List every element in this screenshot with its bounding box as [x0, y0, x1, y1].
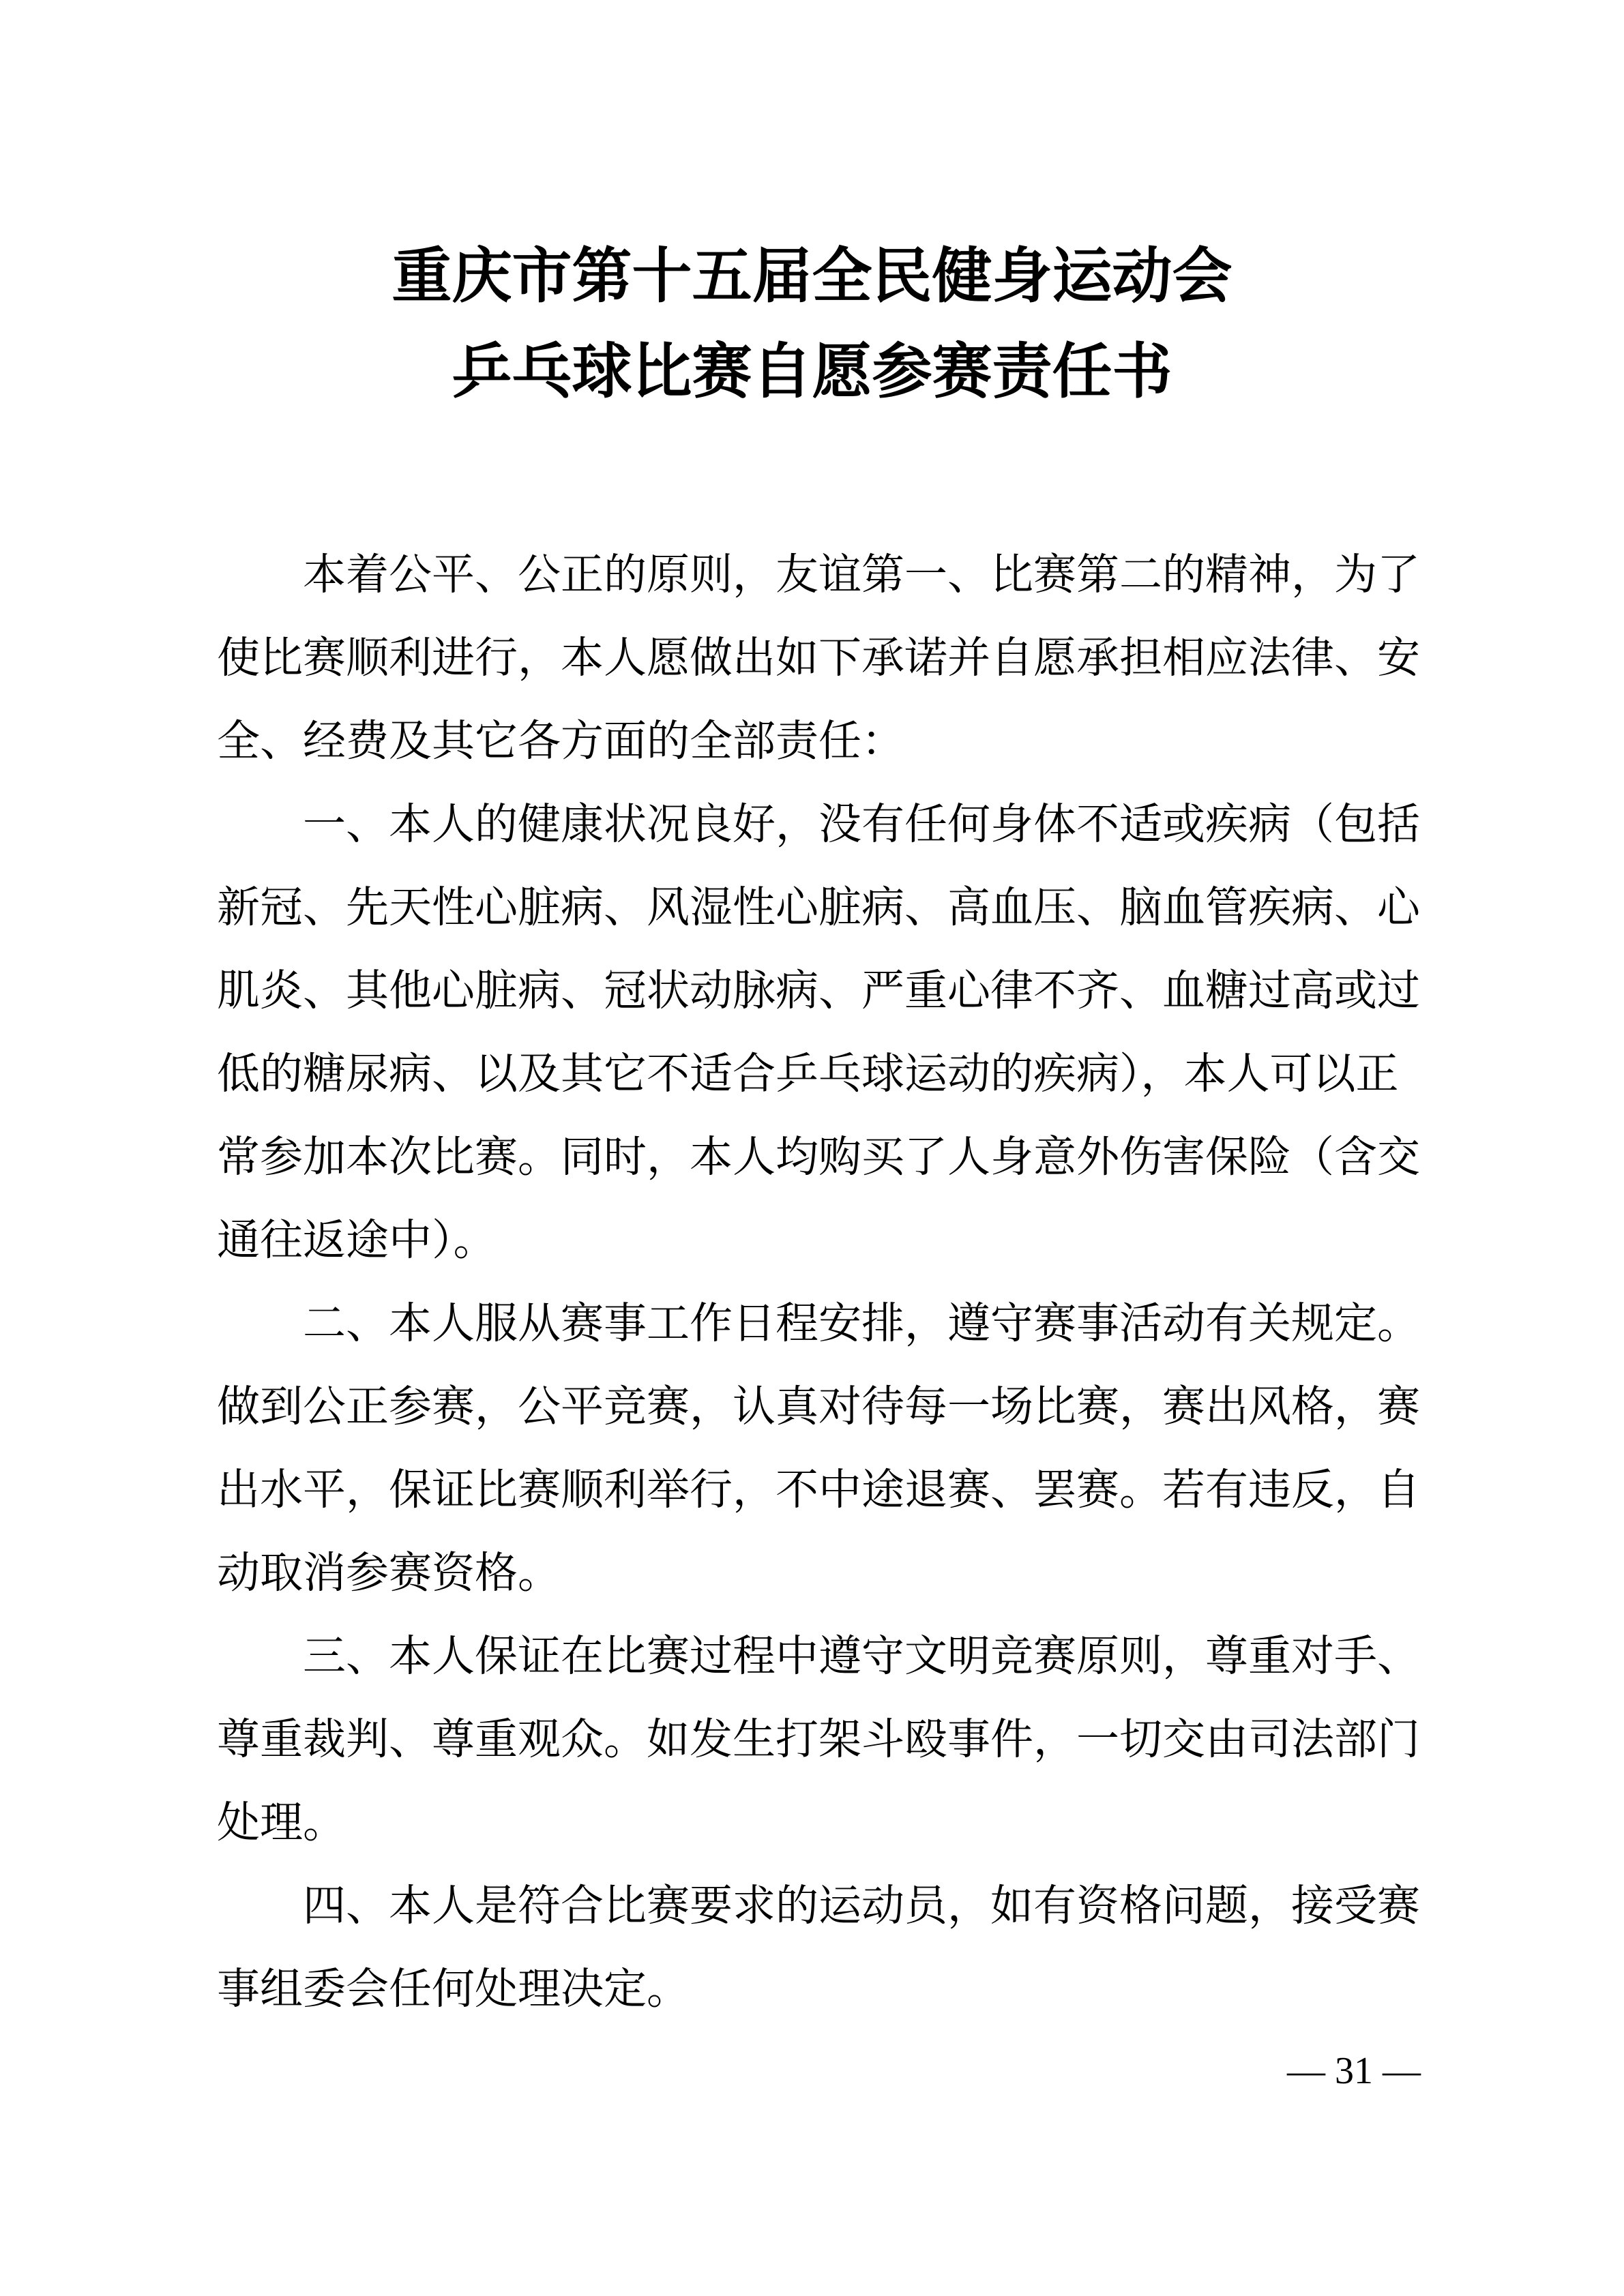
paragraph-5-line-2: 事组委会任何处理决定。	[217, 1948, 1426, 2031]
paragraph-3-line-1: 二、本人服从赛事工作日程安排，遵守赛事活动有关规定。	[217, 1282, 1426, 1365]
title-line-1: 重庆市第十五届全民健身运动会	[0, 230, 1624, 325]
title-line-2: 乒乓球比赛自愿参赛责任书	[0, 325, 1624, 421]
paragraph-1-line-1: 本着公平、公正的原则，友谊第一、比赛第二的精神，为了	[217, 533, 1426, 616]
paragraph-5-line-1: 四、本人是符合比赛要求的运动员，如有资格问题，接受赛	[217, 1864, 1426, 1948]
document-title: 重庆市第十五届全民健身运动会 乒乓球比赛自愿参赛责任书	[0, 230, 1624, 421]
paragraph-2-line-5: 常参加本次比赛。同时，本人均购买了人身意外伤害保险（含交	[217, 1116, 1426, 1199]
paragraph-2-line-4: 低的糖尿病、以及其它不适合乒乓球运动的疾病），本人可以正	[217, 1032, 1426, 1116]
page-number: — 31 —	[1287, 2046, 1421, 2096]
paragraph-1-line-3: 全、经费及其它各方面的全部责任：	[217, 700, 1426, 783]
paragraph-4-line-3: 处理。	[217, 1781, 1426, 1864]
paragraph-2-line-3: 肌炎、其他心脏病、冠状动脉病、严重心律不齐、血糖过高或过	[217, 949, 1426, 1032]
paragraph-3-line-2: 做到公正参赛，公平竞赛，认真对待每一场比赛，赛出风格，赛	[217, 1365, 1426, 1448]
paragraph-3-line-3: 出水平，保证比赛顺利举行，不中途退赛、罢赛。若有违反，自	[217, 1448, 1426, 1532]
paragraph-4-line-1: 三、本人保证在比赛过程中遵守文明竞赛原则，尊重对手、	[217, 1615, 1426, 1698]
paragraph-1-line-2: 使比赛顺利进行，本人愿做出如下承诺并自愿承担相应法律、安	[217, 616, 1426, 700]
paragraph-2-line-6: 通往返途中）。	[217, 1199, 1426, 1282]
paragraph-4-line-2: 尊重裁判、尊重观众。如发生打架斗殴事件，一切交由司法部门	[217, 1698, 1426, 1781]
paragraph-2-line-1: 一、本人的健康状况良好，没有任何身体不适或疾病（包括	[217, 783, 1426, 866]
paragraph-2-line-2: 新冠、先天性心脏病、风湿性心脏病、高血压、脑血管疾病、心	[217, 866, 1426, 949]
document-page: 重庆市第十五届全民健身运动会 乒乓球比赛自愿参赛责任书 本着公平、公正的原则，友…	[0, 0, 1624, 2296]
paragraph-3-line-4: 动取消参赛资格。	[217, 1532, 1426, 1615]
document-body: 本着公平、公正的原则，友谊第一、比赛第二的精神，为了使比赛顺利进行，本人愿做出如…	[217, 533, 1426, 2031]
